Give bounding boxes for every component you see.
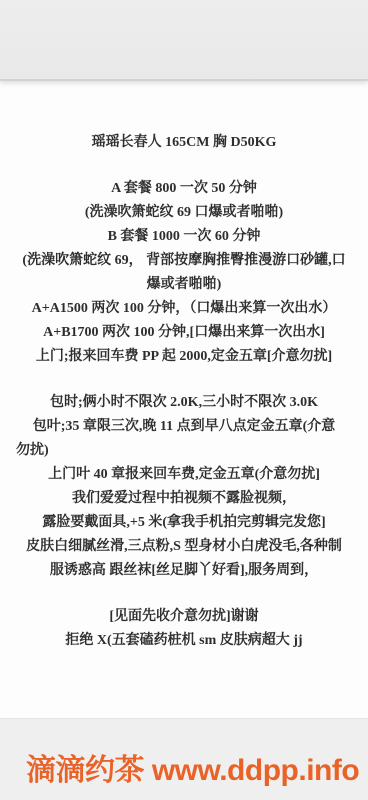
text-line: 上门;报来回车费 PP 起 2000,定金五章[介意勿扰]: [16, 345, 352, 369]
document-body: 瑶瑶长春人 165CM 胸 D50KG A 套餐 800 一次 50 分钟(洗澡…: [0, 83, 368, 718]
text-lines: A 套餐 800 一次 50 分钟(洗澡吹箫蛇纹 69 口爆或者啪啪)B 套餐 …: [16, 177, 352, 653]
text-line: 勿扰): [16, 439, 352, 463]
watermark: 滴滴约茶 www.ddpp.info: [26, 745, 359, 789]
text-line: 包叶;35 章限三次,晚 11 点到早八点定金五章(介意: [16, 415, 352, 439]
text-line: 露脸要戴面具,+5 米(拿我手机拍完剪辑完发您]: [16, 511, 352, 535]
text-line: 爆或者啪啪): [16, 273, 352, 297]
text-line: A+A1500 两次 100 分钟，（口爆出来算一次出水）: [16, 297, 352, 321]
text-line: (洗澡吹箫蛇纹 69， 背部按摩胸推臀推漫游口砂罐,口: [16, 249, 352, 273]
screen: 瑶瑶长春人 165CM 胸 D50KG A 套餐 800 一次 50 分钟(洗澡…: [0, 0, 368, 800]
text-line: 上门叶 40 章报来回车费,定金五章(介意勿扰]: [16, 463, 352, 487]
text-line: A+B1700 两次 100 分钟,[口爆出来算一次出水]: [16, 321, 352, 345]
text-line: [见面先收介意勿扰]谢谢: [16, 605, 352, 629]
text-line: (洗澡吹箫蛇纹 69 口爆或者啪啪): [16, 201, 352, 225]
text-line: 服诱惑高 跟丝袜[丝足脚丫好看],服务周到，: [16, 559, 352, 583]
text-line: B 套餐 1000 一次 60 分钟: [16, 225, 352, 249]
page-title: 瑶瑶长春人 165CM 胸 D50KG: [16, 131, 352, 155]
text-line: 包时;俩小时不限次 2.0K,三小时不限次 3.0K: [16, 391, 352, 415]
top-bar: [0, 0, 368, 81]
text-line: 我们爱爱过程中拍视频不露脸视频，: [16, 487, 352, 511]
text-line: 皮肤白细腻丝滑,三点粉,S 型身材小白虎没毛,各种制: [16, 535, 352, 559]
text-line: 拒绝 X(五套磕药桩机 sm 皮肤病超大 jj: [16, 629, 352, 653]
bottom-bar: 滴滴约茶 www.ddpp.info: [0, 718, 368, 800]
text-line: A 套餐 800 一次 50 分钟: [16, 177, 352, 201]
